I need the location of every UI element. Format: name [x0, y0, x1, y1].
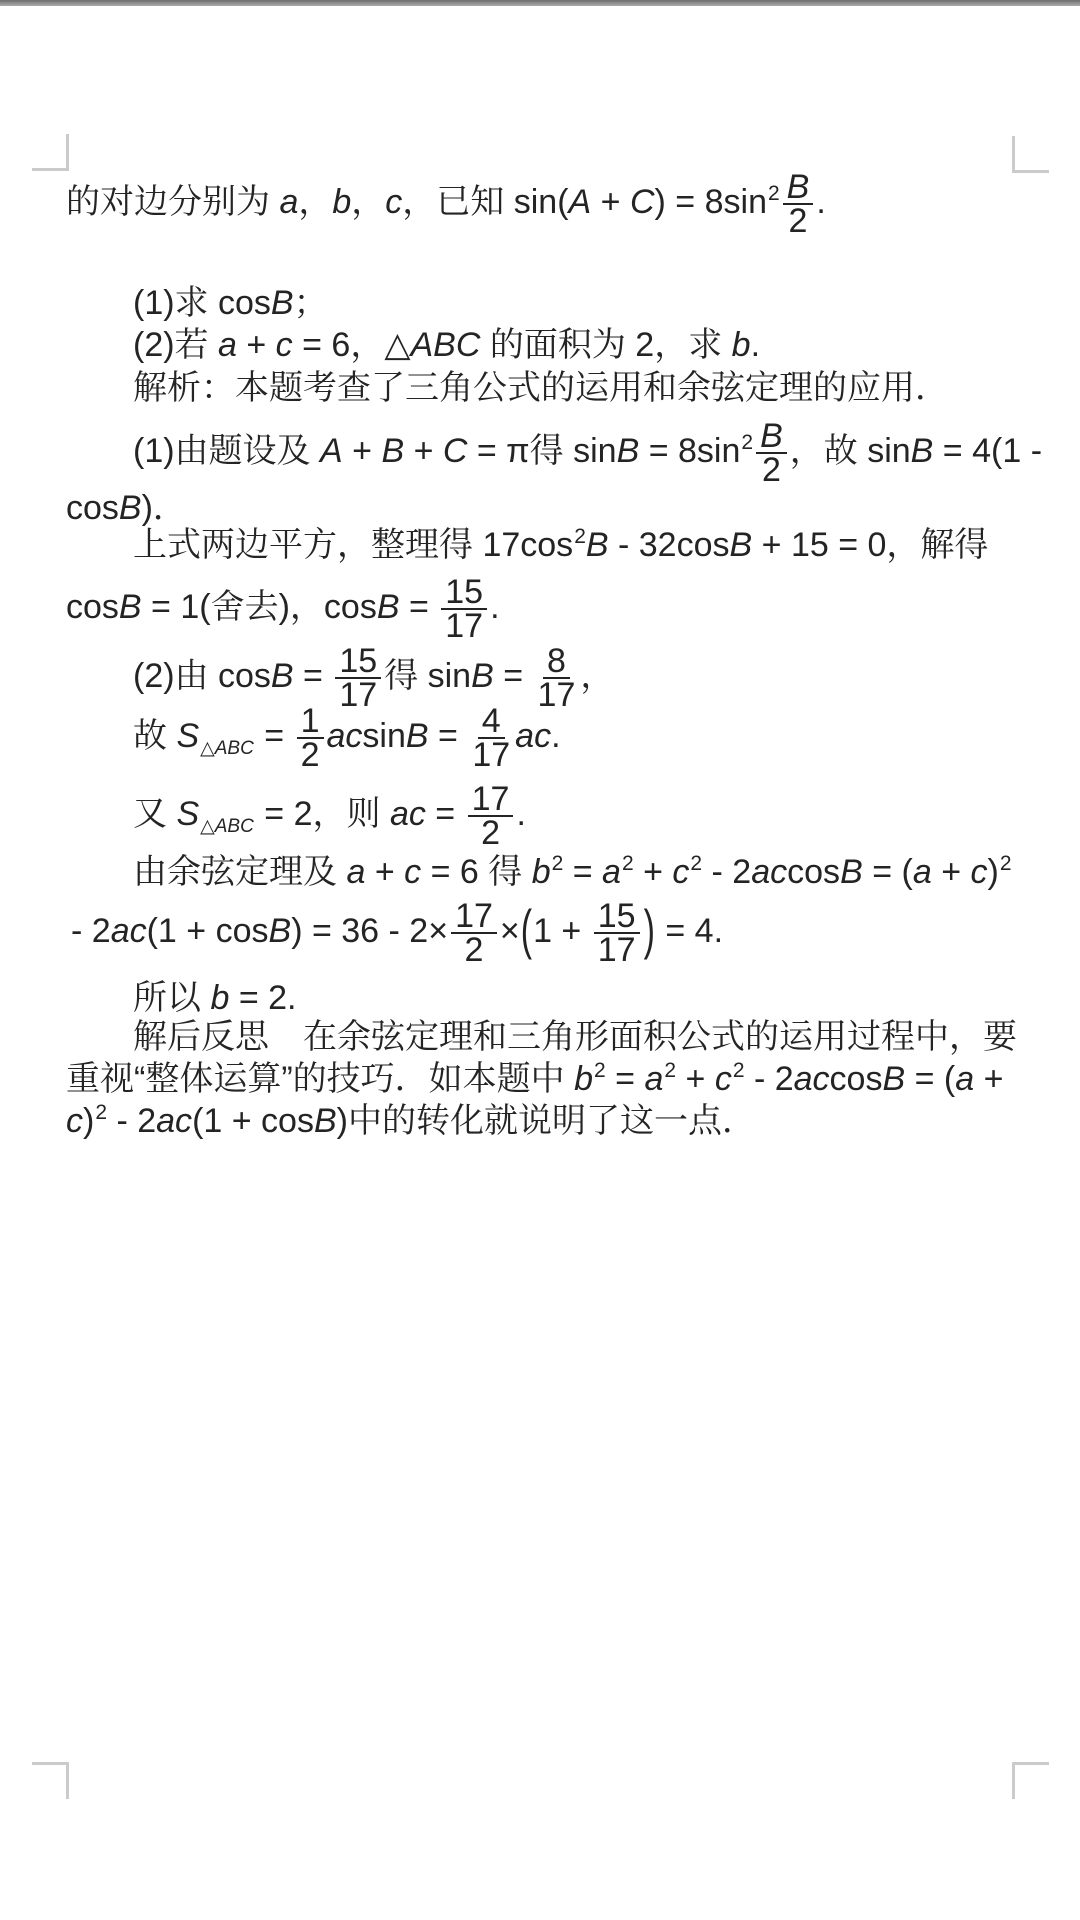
text-run: 解析：本题考查了三角公式的运用和余弦定理的应用． [133, 369, 949, 407]
fraction: 12 [297, 720, 324, 756]
text-run: - 2 [745, 1060, 794, 1098]
text-run: + [974, 1060, 1003, 1098]
text-run: (1 + cos [192, 1102, 314, 1140]
big-paren: ( [521, 902, 532, 960]
crop-mark-top-left-icon [32, 134, 69, 171]
text-run: + [343, 432, 382, 470]
text-run: ) = 8sin [655, 183, 767, 221]
text-run: (1 + cos [147, 912, 269, 950]
text-run: cos [787, 853, 840, 891]
math-variable: B [471, 657, 494, 695]
text-run: cos [66, 588, 119, 626]
text-run: (1)由题设及 [133, 432, 320, 470]
math-variable: B [314, 1102, 337, 1140]
math-variable: S [176, 717, 199, 755]
fraction: 172 [468, 798, 514, 834]
text-line-2: (1)求 cosB； [133, 285, 328, 321]
text-run: + [404, 432, 443, 470]
text-line-3: (2)若 a + c = 6，△ABC 的面积为 2，求 b. [133, 327, 760, 363]
text-line-6: cosB)． [66, 490, 187, 526]
math-variable: a [913, 853, 932, 891]
math-variable: S [176, 795, 199, 833]
text-line-4: 解析：本题考查了三角公式的运用和余弦定理的应用． [133, 370, 949, 406]
crop-mark-bottom-left-icon [32, 1762, 69, 1799]
math-variable: B [271, 284, 294, 322]
fraction-denominator: 17 [596, 934, 638, 965]
text-run: + 15 = 0，解得 [752, 526, 988, 564]
text-run: ， [351, 183, 385, 221]
text-run: = π得 sin [467, 432, 616, 470]
fraction-numerator: 17 [468, 784, 514, 817]
math-variable: b [210, 979, 229, 1017]
fraction-denominator: 17 [337, 679, 379, 710]
superscript: 2 [552, 852, 564, 875]
text-run: . [751, 326, 760, 364]
fraction: 1517 [441, 591, 487, 627]
math-variable: a [644, 1060, 663, 1098]
crop-mark-top-right-icon [1012, 136, 1049, 173]
superscript: 2 [1000, 852, 1012, 875]
math-variable: B [119, 489, 142, 527]
math-variable: a [279, 183, 298, 221]
text-run: = 6 得 [421, 853, 532, 891]
text-run: = 4. [656, 912, 723, 950]
text-run: = 4(1 - [933, 432, 1042, 470]
fraction-numerator: 17 [451, 901, 497, 934]
text-run: cos [830, 1060, 883, 1098]
text-run: + [591, 183, 630, 221]
fraction-numerator: 1 [297, 706, 324, 739]
math-variable: ac [515, 717, 551, 755]
text-line-15: 解后反思 在余弦定理和三角形面积公式的运用过程中，要 [133, 1019, 1017, 1055]
text-run: = [426, 795, 465, 833]
math-variable: C [630, 183, 655, 221]
superscript: 2 [690, 852, 702, 875]
math-variable: B [269, 912, 292, 950]
text-run: + [365, 853, 404, 891]
math-variable: b [732, 326, 751, 364]
text-run: (2)若 [133, 326, 218, 364]
math-variable: b [532, 853, 551, 891]
text-run: × [500, 912, 520, 950]
text-run: = 6，△ [293, 326, 411, 364]
math-variable: ac [327, 717, 363, 755]
text-line-13: - 2ac(1 + cosB) = 36 - 2×172×(1 + 1517) … [71, 913, 723, 951]
text-line-1: 的对边分别为 a，b，c，已知 sin(A + C) = 8sin2B2. [66, 184, 826, 225]
text-run: = 2，则 [255, 795, 390, 833]
text-run: = [429, 717, 468, 755]
math-variable: B [271, 657, 294, 695]
math-variable: a [218, 326, 237, 364]
text-run: - 2 [71, 912, 111, 950]
math-variable: c [672, 853, 689, 891]
math-variable: a [955, 1060, 974, 1098]
text-run: = [563, 853, 602, 891]
math-variable: b [574, 1060, 593, 1098]
text-run: = [255, 717, 294, 755]
text-run: 由余弦定理及 [133, 853, 346, 891]
math-variable: ac [794, 1060, 830, 1098]
math-variable: c [276, 326, 293, 364]
fraction-numerator: 4 [478, 706, 505, 739]
text-line-10: 故 S△ABC = 12acsinB = 417ac. [133, 718, 561, 760]
text-run: + [676, 1060, 715, 1098]
math-variable: ac [390, 795, 426, 833]
superscript: 2 [622, 852, 634, 875]
text-run: + [237, 326, 276, 364]
text-run: (2)由 cos [133, 657, 271, 695]
math-variable: c [385, 183, 402, 221]
fraction-denominator: 17 [470, 739, 512, 770]
text-run: ) [83, 1102, 94, 1140]
superscript: 2 [574, 525, 586, 548]
math-variable: c [66, 1102, 83, 1140]
fraction-denominator: 2 [479, 817, 502, 848]
text-line-5: (1)由题设及 A + B + C = π得 sinB = 8sin2B2，故 … [133, 433, 1042, 474]
superscript: 2 [768, 182, 780, 205]
text-line-9: (2)由 cosB = 1517得 sinB = 817， [133, 658, 614, 696]
text-run: + [932, 853, 971, 891]
fraction: 1517 [594, 915, 640, 951]
fraction-denominator: 2 [787, 205, 810, 236]
text-line-14: 所以 b = 2. [133, 980, 296, 1016]
math-variable: B [911, 432, 934, 470]
big-paren: ) [644, 902, 655, 960]
superscript: 2 [594, 1059, 606, 1082]
fraction: 172 [451, 915, 497, 951]
text-run: 1 + [533, 912, 591, 950]
text-run: - 32cos [609, 526, 730, 564]
math-variable: ABC [410, 326, 480, 364]
fraction-denominator: 17 [536, 679, 578, 710]
subscript: △ABC [200, 738, 254, 759]
fraction-denominator: 17 [443, 610, 485, 641]
text-line-16: 重视“整体运算”的技巧．如本题中 b2 = a2 + c2 - 2accosB … [66, 1061, 1003, 1102]
math-variable: a [346, 853, 365, 891]
fraction: 817 [536, 660, 578, 696]
text-run: = [294, 657, 333, 695]
text-run: ，已知 sin( [402, 183, 568, 221]
text-line-7: 上式两边平方，整理得 17cos2B - 32cosB + 15 = 0，解得 [133, 527, 988, 568]
superscript: 2 [664, 1059, 676, 1082]
math-variable: A [569, 183, 592, 221]
superscript: 2 [95, 1101, 107, 1124]
fraction: 1517 [335, 660, 381, 696]
text-run: + [634, 853, 673, 891]
fraction-numerator: 15 [441, 577, 487, 610]
fraction-numerator: 8 [543, 646, 570, 679]
subscript: △ABC [200, 816, 254, 837]
fraction-denominator: 2 [463, 934, 486, 965]
math-variable: ac [111, 912, 147, 950]
text-run: = 1(舍去)，cos [142, 588, 377, 626]
crop-mark-bottom-right-icon [1012, 1762, 1049, 1799]
math-variable: B [730, 526, 753, 564]
fraction-numerator: 15 [594, 901, 640, 934]
fraction-denominator: 2 [760, 454, 783, 485]
text-run: sin [362, 717, 405, 755]
fraction-numerator: B [783, 172, 814, 205]
text-run: 的面积为 2，求 [480, 326, 731, 364]
math-variable: B [840, 853, 863, 891]
text-run: = ( [905, 1060, 955, 1098]
text-run: 解后反思 在余弦定理和三角形面积公式的运用过程中，要 [133, 1018, 1017, 1056]
document-page: 的对边分别为 a，b，c，已知 sin(A + C) = 8sin2B2.(1)… [0, 0, 1080, 1920]
math-variable: ac [751, 853, 787, 891]
text-line-11: 又 S△ABC = 2，则 ac = 172. [133, 796, 526, 838]
text-run: 故 [133, 717, 176, 755]
math-variable: B [882, 1060, 905, 1098]
math-variable: C [443, 432, 468, 470]
text-run: ， [298, 183, 332, 221]
math-variable: c [404, 853, 421, 891]
text-run: - 2 [107, 1102, 156, 1140]
text-run: ， [580, 657, 614, 695]
fraction-numerator: 15 [335, 646, 381, 679]
math-variable: A [320, 432, 343, 470]
superscript: 2 [733, 1059, 745, 1082]
text-run: 所以 [133, 979, 210, 1017]
text-run: )中的转化就说明了这一点． [337, 1102, 756, 1140]
math-variable: ac [156, 1102, 192, 1140]
fraction: B2 [783, 186, 814, 222]
text-line-12: 由余弦定理及 a + c = 6 得 b2 = a2 + c2 - 2accos… [133, 854, 1012, 895]
text-run: = [400, 588, 439, 626]
text-run: )． [142, 489, 187, 527]
text-run: 重视“整体运算”的技巧．如本题中 [66, 1060, 574, 1098]
text-run: = [494, 657, 533, 695]
text-run: cos [66, 489, 119, 527]
text-line-17: c)2 - 2ac(1 + cosB)中的转化就说明了这一点． [66, 1103, 756, 1144]
text-run: 上式两边平方，整理得 17cos [133, 526, 573, 564]
text-run: 得 sin [384, 657, 471, 695]
text-run: = ( [863, 853, 913, 891]
text-line-8: cosB = 1(舍去)，cosB = 1517. [66, 589, 500, 627]
fraction-denominator: 2 [299, 739, 322, 770]
fraction: 417 [470, 720, 512, 756]
superscript: 2 [741, 431, 753, 454]
math-variable: B [381, 432, 404, 470]
math-variable: c [715, 1060, 732, 1098]
text-run: ，故 sin [790, 432, 911, 470]
text-run: (1)求 cos [133, 284, 271, 322]
text-run: ) = 36 - 2× [291, 912, 448, 950]
text-run: . [516, 795, 525, 833]
fraction: B2 [756, 435, 787, 471]
text-run: . [816, 183, 825, 221]
fraction-numerator: B [756, 421, 787, 454]
text-run: . [551, 717, 560, 755]
text-run: ； [294, 284, 328, 322]
math-variable: B [586, 526, 609, 564]
math-variable: a [602, 853, 621, 891]
text-run: = 8sin [639, 432, 740, 470]
math-variable: B [119, 588, 142, 626]
math-variable: B [377, 588, 400, 626]
math-variable: c [971, 853, 988, 891]
math-variable: B [617, 432, 640, 470]
text-run: 又 [133, 795, 176, 833]
text-run: = [606, 1060, 645, 1098]
math-variable: b [332, 183, 351, 221]
text-run: = 2. [229, 979, 296, 1017]
text-run: ) [988, 853, 999, 891]
text-run: - 2 [702, 853, 751, 891]
math-variable: B [406, 717, 429, 755]
text-run: 的对边分别为 [66, 183, 279, 221]
text-run: . [490, 588, 499, 626]
